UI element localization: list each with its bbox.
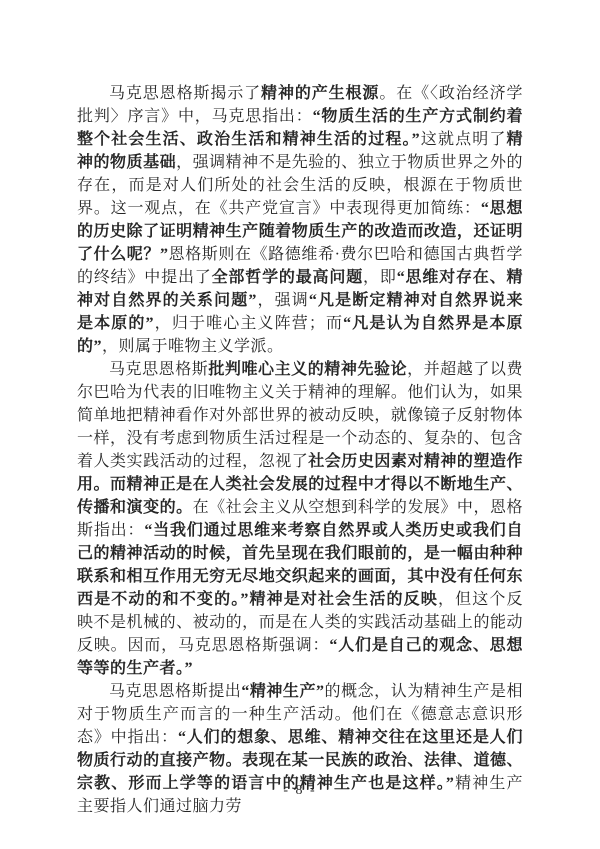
page-footer: - 8 - [0, 783, 600, 799]
paragraph: 马克思恩格斯批判唯心主义的精神先验论，并超越了以费尔巴哈为代表的旧唯物主义关于精… [77, 358, 523, 680]
document-page: 马克思恩格斯揭示了精神的产生根源。在《〈政治经济学批判〉序言》中，马克思指出：“… [0, 0, 600, 849]
bold-text-run: 精神的产生根源 [261, 85, 379, 102]
text-run: ，归于唯心主义阵营；而 [154, 315, 343, 332]
page-number: - 8 - [283, 783, 316, 798]
document-body: 马克思恩格斯揭示了精神的产生根源。在《〈政治经济学批判〉序言》中，马克思指出：“… [77, 82, 523, 818]
text-run: ，则属于唯物主义学派。 [102, 338, 284, 355]
bold-text-run: 精神是对社会生活的反映 [249, 591, 438, 608]
text-run: 马克思恩格斯揭示了 [109, 85, 261, 102]
text-run: ，强调 [257, 292, 309, 309]
bold-text-run: “精神生产” [241, 683, 324, 700]
bold-text-run: 全部哲学的最高问题 [212, 269, 363, 286]
text-run: 这就点明了 [420, 131, 506, 148]
text-run: 马克思恩格斯提出 [109, 683, 241, 700]
bold-text-run: 批判唯心主义的精神先验论 [208, 361, 407, 378]
text-run: 马克思恩格斯 [109, 361, 208, 378]
text-run: ，即 [363, 269, 397, 286]
paragraph: 马克思恩格斯揭示了精神的产生根源。在《〈政治经济学批判〉序言》中，马克思指出：“… [77, 82, 523, 358]
